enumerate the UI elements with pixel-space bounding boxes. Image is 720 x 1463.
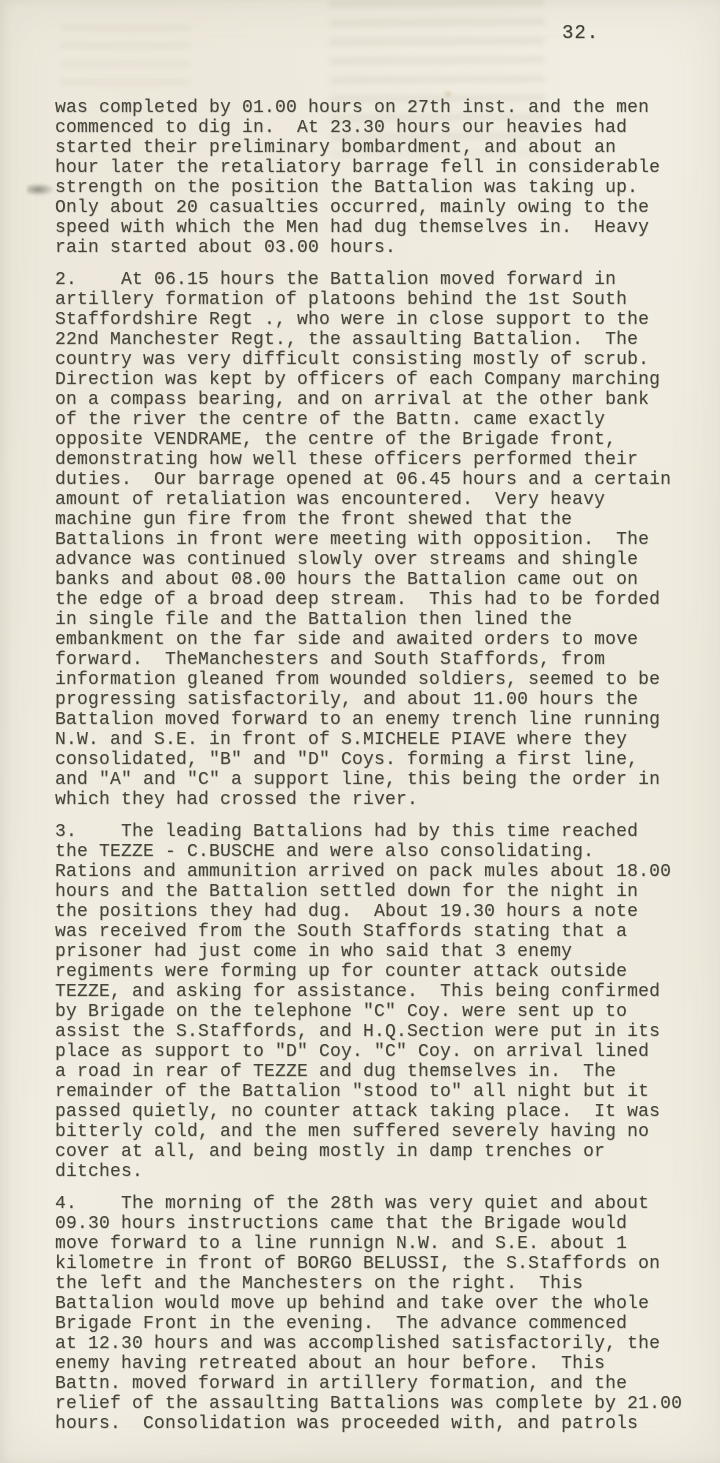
paragraph-2: 2. At 06.15 hours the Battalion moved fo… xyxy=(55,270,710,810)
typed-text-block: was completed by 01.00 hours on 27th ins… xyxy=(55,98,710,1446)
paragraph-continuation: was completed by 01.00 hours on 27th ins… xyxy=(55,98,710,258)
paragraph-3: 3. The leading Battalions had by this ti… xyxy=(55,822,710,1182)
paper-fox-spot xyxy=(443,90,453,98)
page-number: 32. xyxy=(562,22,599,44)
reverse-side-showthrough xyxy=(60,25,190,95)
ink-smudge xyxy=(27,183,55,196)
paragraph-4: 4. The morning of the 28th was very quie… xyxy=(55,1194,710,1434)
document-page: 32. was completed by 01.00 hours on 27th… xyxy=(0,0,720,1463)
